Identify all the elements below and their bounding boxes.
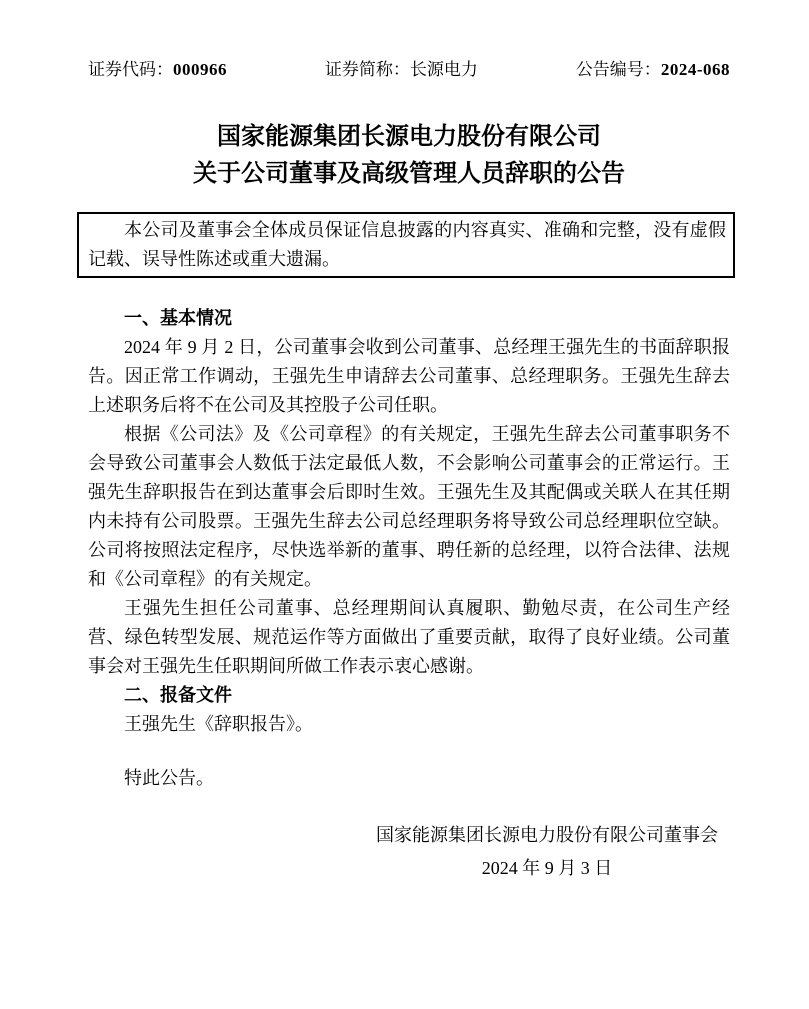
company-name: 国家能源集团长源电力股份有限公司: [88, 118, 730, 155]
announcement-page: 证券代码：000966 证券简称：长源电力 公告编号：2024-068 国家能源…: [0, 0, 809, 1009]
page-content: 证券代码：000966 证券简称：长源电力 公告编号：2024-068 国家能源…: [0, 0, 809, 885]
signature-block: 国家能源集团长源电力股份有限公司董事会 2024 年 9 月 3 日: [376, 819, 718, 885]
announcement-no: 公告编号：2024-068: [576, 59, 730, 81]
stock-abbr-value: 长源电力: [410, 60, 478, 79]
announcement-no-value: 2024-068: [661, 60, 730, 79]
para-filing-1: 王强先生《辞职报告》。: [88, 710, 730, 739]
stock-code: 证券代码：000966: [88, 59, 227, 81]
document-title: 国家能源集团长源电力股份有限公司 关于公司董事及高级管理人员辞职的公告: [88, 118, 730, 192]
section-heading-basic: 一、基本情况: [88, 304, 730, 333]
disclaimer-box: 本公司及董事会全体成员保证信息披露的内容真实、准确和完整，没有虚假记载、误导性陈…: [77, 212, 735, 278]
announcement-subject: 关于公司董事及高级管理人员辞职的公告: [88, 155, 730, 192]
signature-date: 2024 年 9 月 3 日: [376, 852, 718, 885]
closing-statement: 特此公告。: [88, 764, 730, 793]
announcement-no-label: 公告编号：: [576, 60, 661, 79]
signature-company: 国家能源集团长源电力股份有限公司董事会: [376, 819, 718, 852]
para-basic-2: 根据《公司法》及《公司章程》的有关规定，王强先生辞去公司董事职务不会导致公司董事…: [88, 420, 730, 594]
stock-code-label: 证券代码：: [88, 60, 173, 79]
section-heading-filing: 二、报备文件: [88, 681, 730, 710]
stock-code-value: 000966: [173, 60, 227, 79]
stock-abbr-label: 证券简称：: [325, 60, 410, 79]
para-basic-1: 2024 年 9 月 2 日，公司董事会收到公司董事、总经理王强先生的书面辞职报…: [88, 333, 730, 420]
para-basic-3: 王强先生担任公司董事、总经理期间认真履职、勤勉尽责，在公司生产经营、绿色转型发展…: [88, 594, 730, 681]
disclaimer-text: 本公司及董事会全体成员保证信息披露的内容真实、准确和完整，没有虚假记载、误导性陈…: [88, 216, 726, 274]
stock-abbr: 证券简称：长源电力: [325, 59, 478, 81]
document-header: 证券代码：000966 证券简称：长源电力 公告编号：2024-068: [88, 59, 730, 81]
